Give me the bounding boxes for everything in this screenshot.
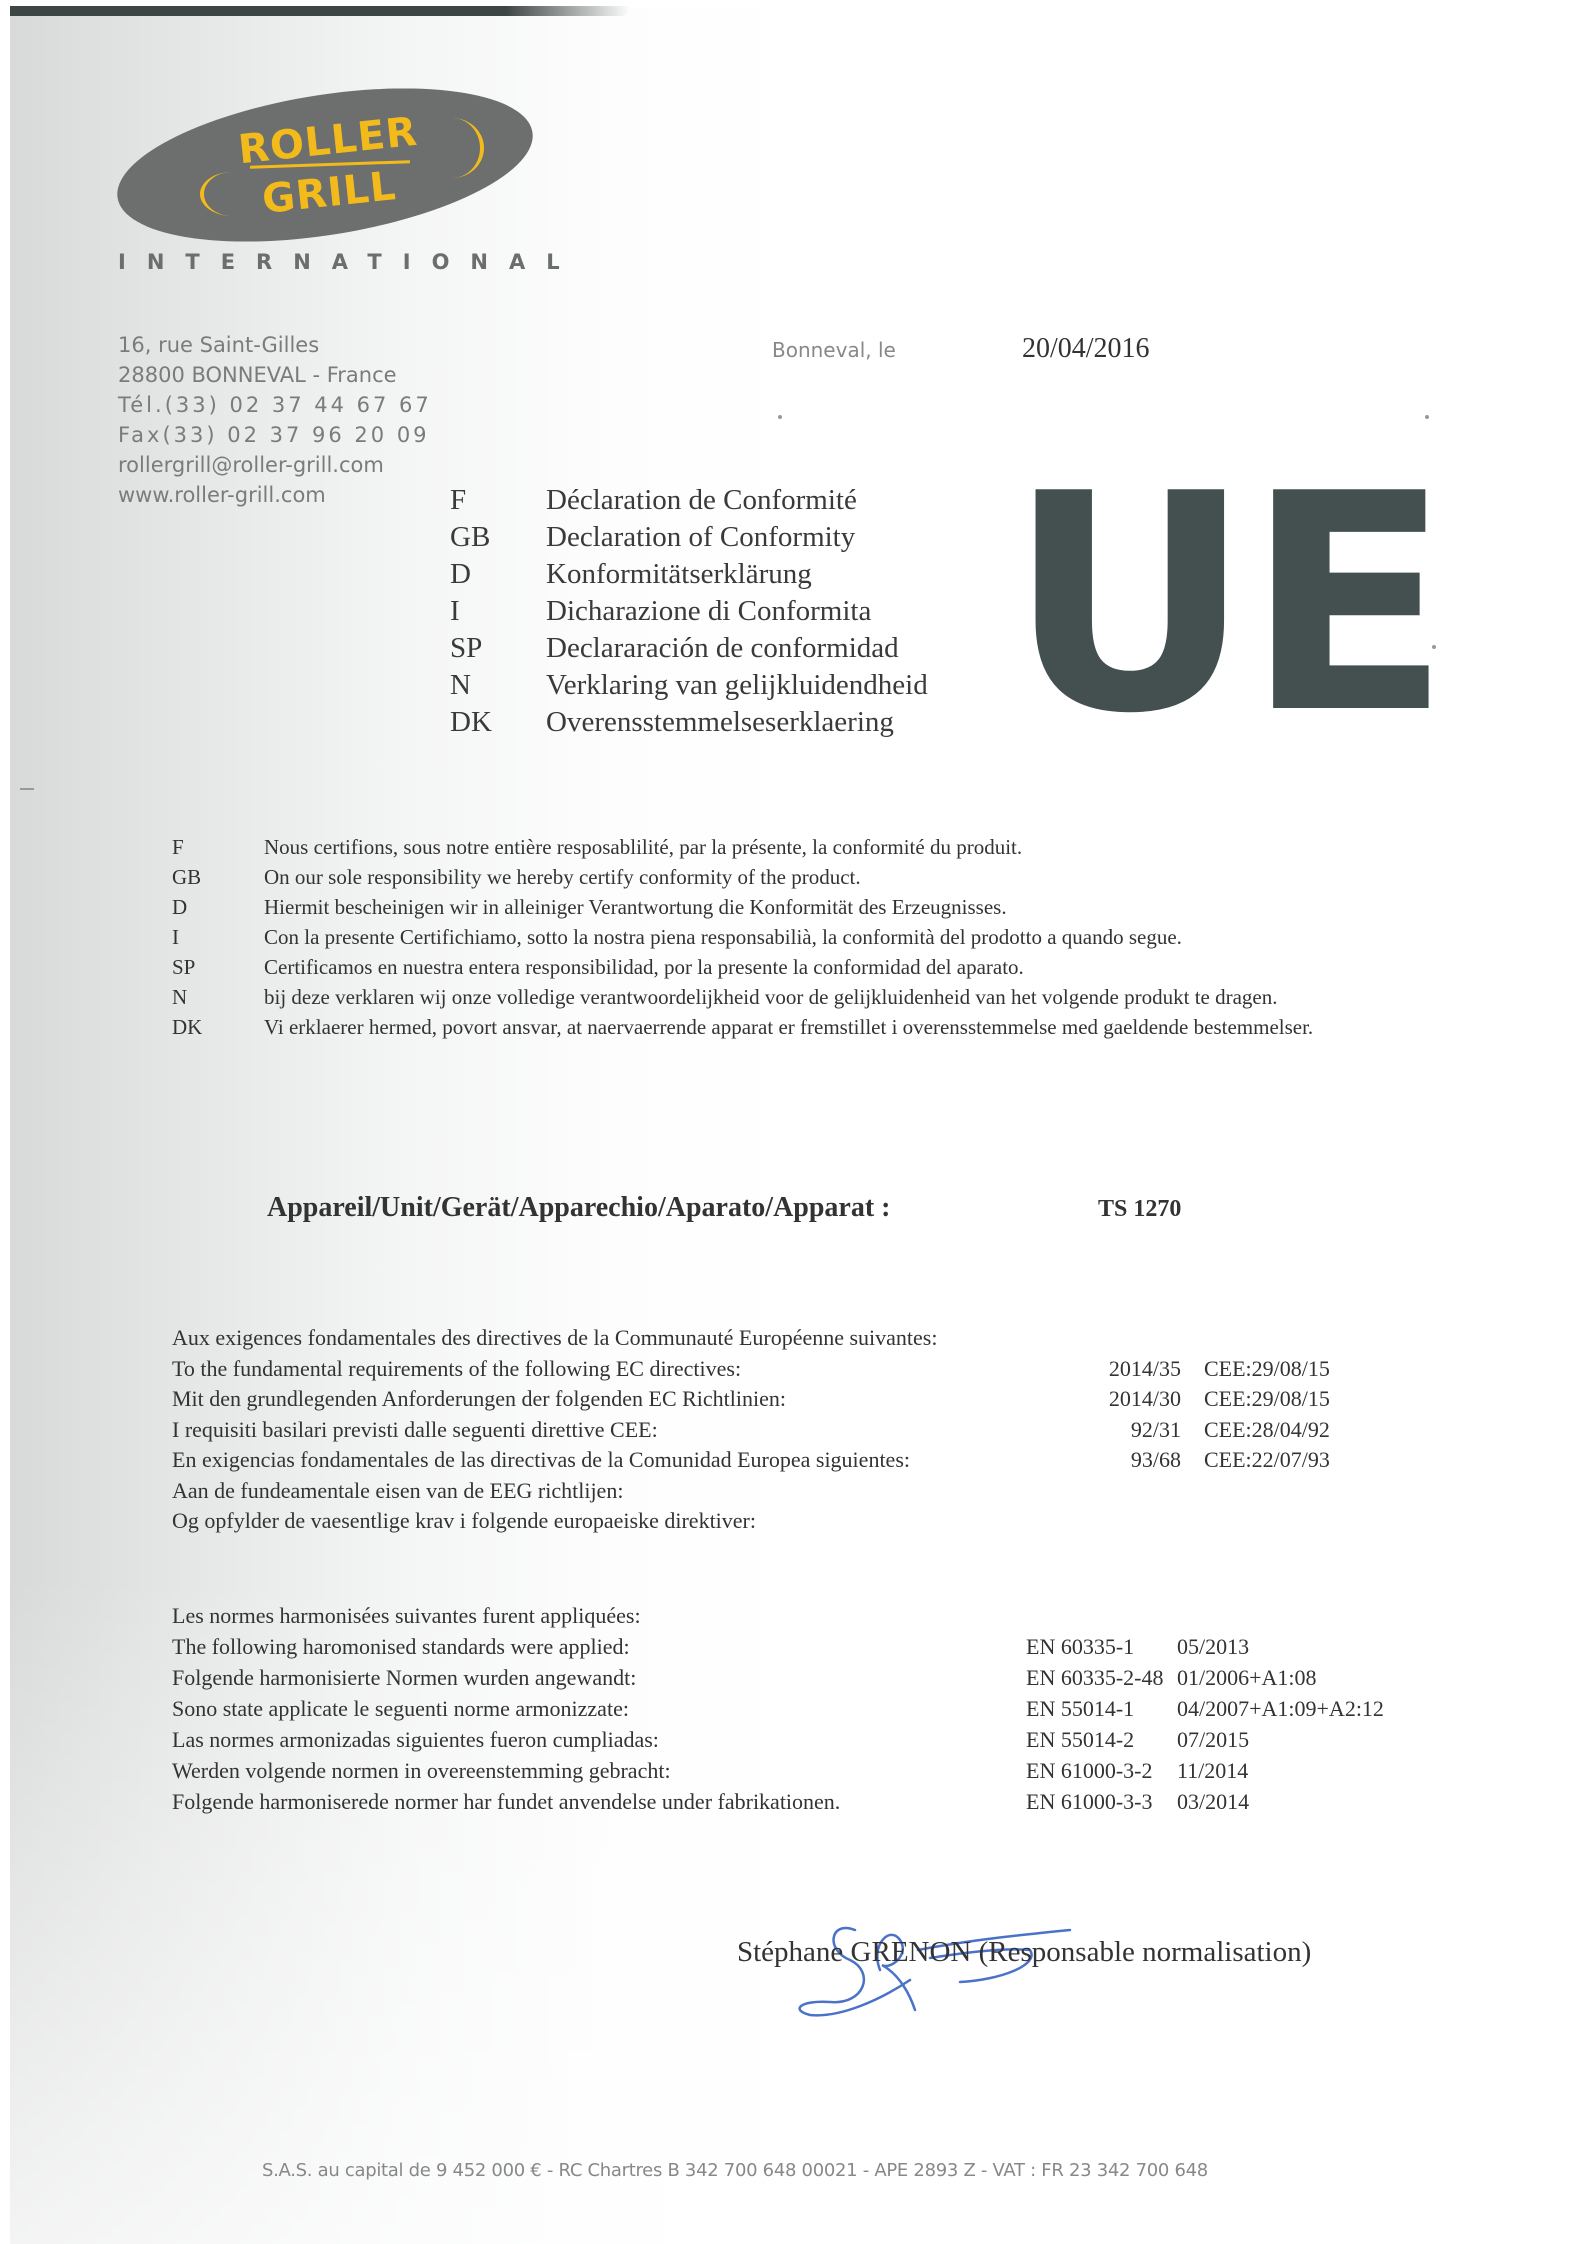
- language-code: GB: [450, 519, 546, 556]
- directive-text: Aan de fundeamentale eisen van de EEG ri…: [172, 1478, 623, 1503]
- standard-text: Sono state applicate le seguenti norme a…: [172, 1696, 629, 1721]
- signatory: Stéphane GRENON (Responsable normalisati…: [737, 1936, 1311, 1969]
- standard-code: EN 61000-3-2: [1026, 1755, 1152, 1786]
- declaration-title-row: GBDeclaration of Conformity: [450, 519, 928, 556]
- directive-number: 92/31: [172, 1415, 1181, 1446]
- language-code: DK: [450, 704, 546, 741]
- directive-row: Aux exigences fondamentales des directiv…: [172, 1323, 937, 1354]
- dateline-place: Bonneval, le: [772, 338, 896, 362]
- certification-row: Nbij deze verklaren wij onze volledige v…: [172, 982, 1464, 1012]
- declaration-title-row: DKOverensstemmelseserklaering: [450, 704, 928, 741]
- directive-row: Mit den grundlegenden Anforderungen der …: [172, 1384, 937, 1415]
- directive-row: I requisiti basilari previsti dalle segu…: [172, 1415, 937, 1446]
- directive-number: 93/68: [172, 1445, 1181, 1476]
- standard-row: Werden volgende normen in overeenstemmin…: [172, 1755, 840, 1786]
- scan-speck: [1425, 415, 1429, 419]
- standard-version: 07/2015: [1177, 1724, 1249, 1755]
- declaration-title-row: SPDeclararación de conformidad: [450, 630, 928, 667]
- declaration-title-row: IDicharazione di Conformita: [450, 593, 928, 630]
- standard-code: EN 60335-1: [1026, 1631, 1134, 1662]
- language-code: D: [172, 892, 264, 922]
- declaration-title: Déclaration de Conformité: [546, 482, 857, 519]
- declaration-title: Verklaring van gelijkluidendheid: [546, 667, 928, 704]
- certification-row: GBOn our sole responsibility we hereby c…: [172, 862, 1464, 892]
- declaration-title-row: FDéclaration de Conformité: [450, 482, 928, 519]
- declaration-title: Dicharazione di Conformita: [546, 593, 871, 630]
- certification-text: Con la presente Certifichiamo, sotto la …: [264, 922, 1464, 952]
- directive-row: En exigencias fondamentales de las direc…: [172, 1445, 937, 1476]
- standard-text: Les normes harmonisées suivantes furent …: [172, 1603, 641, 1628]
- certification-row: DKVi erklaerer hermed, povort ansvar, at…: [172, 1012, 1464, 1042]
- directive-row: Aan de fundeamentale eisen van de EEG ri…: [172, 1476, 937, 1507]
- directive-text: Aux exigences fondamentales des directiv…: [172, 1325, 937, 1350]
- directive-row: Og opfylder de vaesentlige krav i folgen…: [172, 1506, 937, 1537]
- language-code: F: [172, 832, 264, 862]
- logo-swoosh-left: [200, 172, 264, 216]
- dateline-date: 20/04/2016: [1022, 333, 1150, 365]
- standard-text: Folgende harmoniserede normer har fundet…: [172, 1789, 840, 1814]
- declaration-title: Konformitätserklärung: [546, 556, 812, 593]
- certification-text: Vi erklaerer hermed, povort ansvar, at n…: [264, 1012, 1464, 1042]
- address-street: 16, rue Saint-Gilles: [118, 330, 432, 360]
- standard-row: Folgende harmonisierte Normen wurden ang…: [172, 1662, 840, 1693]
- directive-date: CEE:28/04/92: [1204, 1415, 1330, 1446]
- standard-code: EN 55014-2: [1026, 1724, 1134, 1755]
- logo-swoosh-right: [420, 118, 484, 178]
- standard-text: Las normes armonizadas siguientes fueron…: [172, 1727, 659, 1752]
- company-legal-footer: S.A.S. au capital de 9 452 000 € - RC Ch…: [262, 2160, 1208, 2181]
- standard-version: 01/2006+A1:08: [1177, 1662, 1317, 1693]
- standard-version: 04/2007+A1:09+A2:12: [1177, 1693, 1384, 1724]
- standard-row: Les normes harmonisées suivantes furent …: [172, 1600, 840, 1631]
- certification-row: DHiermit bescheinigen wir in alleiniger …: [172, 892, 1464, 922]
- certification-row: ICon la presente Certifichiamo, sotto la…: [172, 922, 1464, 952]
- logo-subtitle: INTERNATIONAL: [118, 250, 581, 274]
- standard-version: 03/2014: [1177, 1786, 1249, 1817]
- language-code: SP: [450, 630, 546, 667]
- address-web: www.roller-grill.com: [118, 480, 432, 510]
- standard-version: 05/2013: [1177, 1631, 1249, 1662]
- certification-row: SPCertificamos en nuestra entera respons…: [172, 952, 1464, 982]
- unit-label: Appareil/Unit/Gerät/Apparechio/Aparato/A…: [267, 1192, 891, 1224]
- ue-mark: UE: [1008, 455, 1445, 755]
- directive-date: CEE:29/08/15: [1204, 1354, 1330, 1385]
- directive-text: Og opfylder de vaesentlige krav i folgen…: [172, 1508, 756, 1533]
- standard-text: Folgende harmonisierte Normen wurden ang…: [172, 1665, 636, 1690]
- scan-speck: [778, 415, 782, 419]
- standard-text: Werden volgende normen in overeenstemmin…: [172, 1758, 671, 1783]
- directives-section: Aux exigences fondamentales des directiv…: [172, 1323, 937, 1537]
- language-code: D: [450, 556, 546, 593]
- standard-row: Folgende harmoniserede normer har fundet…: [172, 1786, 840, 1817]
- address-fax: Fax(33) 02 37 96 20 09: [118, 420, 432, 450]
- address-email: rollergrill@roller-grill.com: [118, 450, 432, 480]
- certification-text: On our sole responsibility we hereby cer…: [264, 862, 1464, 892]
- standard-text: The following haromonised standards were…: [172, 1634, 630, 1659]
- declaration-titles: FDéclaration de ConformitéGBDeclaration …: [450, 482, 928, 741]
- directive-number: 2014/30: [172, 1384, 1181, 1415]
- certification-statements: FNous certifions, sous notre entière res…: [172, 832, 1464, 1042]
- directive-row: To the fundamental requirements of the f…: [172, 1354, 937, 1385]
- language-code: F: [450, 482, 546, 519]
- standard-row: Sono state applicate le seguenti norme a…: [172, 1693, 840, 1724]
- certification-text: Certificamos en nuestra entera responsib…: [264, 952, 1464, 982]
- standard-code: EN 61000-3-3: [1026, 1786, 1152, 1817]
- language-code: N: [172, 982, 264, 1012]
- standard-code: EN 60335-2-48: [1026, 1662, 1163, 1693]
- address-tel: Tél.(33) 02 37 44 67 67: [118, 390, 432, 420]
- declaration-title-row: DKonformitätserklärung: [450, 556, 928, 593]
- certification-text: Hiermit bescheinigen wir in alleiniger V…: [264, 892, 1464, 922]
- certification-text: bij deze verklaren wij onze volledige ve…: [264, 982, 1464, 1012]
- directive-date: CEE:29/08/15: [1204, 1384, 1330, 1415]
- standard-code: EN 55014-1: [1026, 1693, 1134, 1724]
- directive-number: 2014/35: [172, 1354, 1181, 1385]
- standard-version: 11/2014: [1177, 1755, 1248, 1786]
- scan-top-edge: [10, 6, 630, 16]
- scan-left-edge: [0, 0, 10, 2244]
- language-code: I: [172, 922, 264, 952]
- margin-mark: [20, 788, 34, 790]
- declaration-title-row: NVerklaring van gelijkluidendheid: [450, 667, 928, 704]
- language-code: I: [450, 593, 546, 630]
- declaration-title: Declaration of Conformity: [546, 519, 855, 556]
- standards-section: Les normes harmonisées suivantes furent …: [172, 1600, 840, 1817]
- company-address: 16, rue Saint-Gilles 28800 BONNEVAL - Fr…: [118, 330, 432, 510]
- declaration-title: Declararación de conformidad: [546, 630, 899, 667]
- language-code: N: [450, 667, 546, 704]
- directive-date: CEE:22/07/93: [1204, 1445, 1330, 1476]
- language-code: DK: [172, 1012, 264, 1042]
- certification-row: FNous certifions, sous notre entière res…: [172, 832, 1464, 862]
- standard-row: The following haromonised standards were…: [172, 1631, 840, 1662]
- certification-text: Nous certifions, sous notre entière resp…: [264, 832, 1464, 862]
- language-code: SP: [172, 952, 264, 982]
- language-code: GB: [172, 862, 264, 892]
- declaration-title: Overensstemmelseserklaering: [546, 704, 894, 741]
- unit-model: TS 1270: [1098, 1196, 1181, 1223]
- standard-row: Las normes armonizadas siguientes fueron…: [172, 1724, 840, 1755]
- address-city: 28800 BONNEVAL - France: [118, 360, 432, 390]
